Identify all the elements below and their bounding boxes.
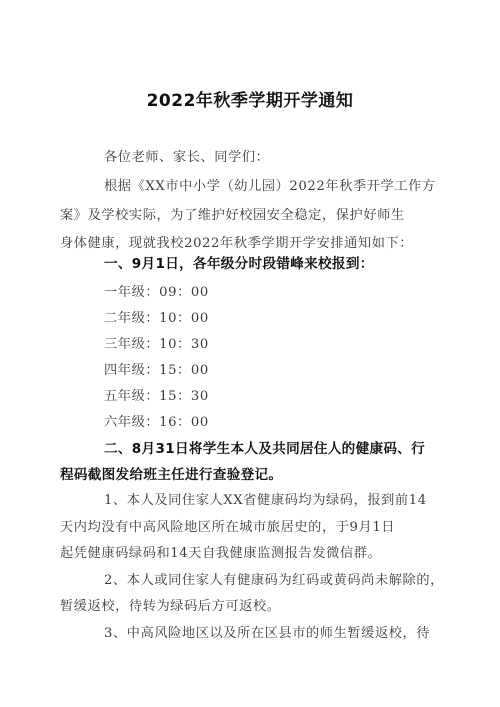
item2-line-2: 暂缓返校，待转为绿码后方可返校。: [60, 595, 281, 614]
item1-line-3: 起凭健康码绿码和14天自我健康监测报告发微信群。: [60, 542, 381, 561]
schedule-item-grade3: 三年级：10：30: [104, 333, 209, 352]
document-title: 2022年秋季学期开学通知: [0, 86, 500, 111]
document-page: 2022年秋季学期开学通知 各位老师、家长、同学们： 根据《XX市中小学（幼儿园…: [0, 0, 500, 707]
intro-line-2: 案》及学校实际，为了维护好校园安全稳定，保护好师生: [60, 204, 405, 223]
item2-line-1: 2、本人或同住家人有健康码为红码或黄码尚未解除的，: [104, 569, 444, 588]
greeting: 各位老师、家长、同学们：: [104, 146, 269, 165]
schedule-item-grade4: 四年级：15：00: [104, 359, 209, 378]
schedule-item-grade1: 一年级：09：00: [104, 281, 209, 300]
intro-line-1: 根据《XX市中小学（幼儿园）2022年秋季开学工作方: [104, 175, 436, 194]
section1-heading: 一、9月1日，各年级分时段错峰来校报到：: [104, 252, 374, 272]
schedule-item-grade5: 五年级：15：30: [104, 385, 209, 404]
section2-heading-line-1: 二、8月31日将学生本人及共同居住人的健康码、行: [104, 437, 425, 457]
schedule-item-grade6: 六年级：16：00: [104, 411, 209, 430]
item1-line-1: 1、本人及同住家人XX省健康码均为绿码，报到前14: [104, 489, 427, 508]
intro-line-3: 身体健康，现就我校2022年秋季学期开学安排通知如下：: [60, 232, 413, 251]
item3-line-1: 3、中高风险地区以及所在区县市的师生暂缓返校，待: [104, 622, 430, 641]
section2-heading-line-2: 程码截图发给班主任进行查验登记。: [60, 463, 282, 483]
schedule-item-grade2: 二年级：10：00: [104, 307, 209, 326]
item1-line-2: 天内均没有中高风险地区所在城市旅居史的，于9月1日: [60, 516, 395, 535]
